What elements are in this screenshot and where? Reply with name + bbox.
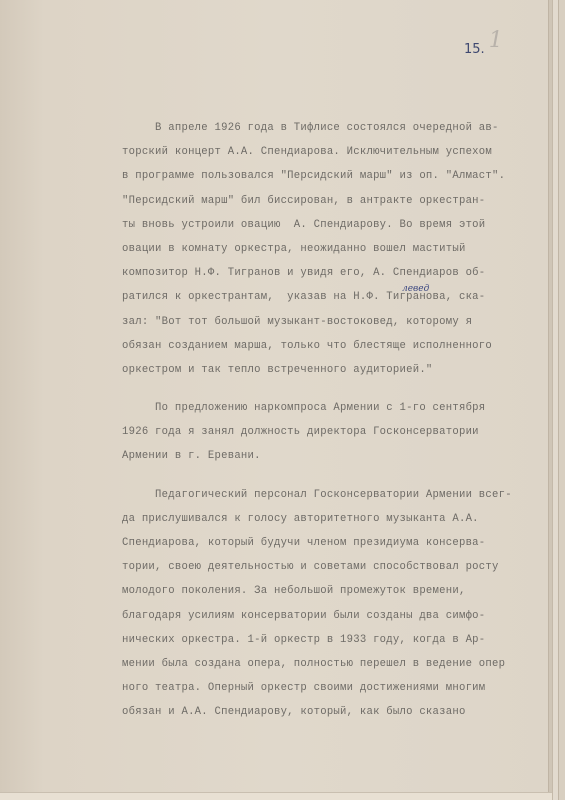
paragraph-gap bbox=[122, 469, 562, 483]
text-line: обязан созданием марша, только что блест… bbox=[122, 334, 562, 358]
text-line: благодаря усилиям консерватории были соз… bbox=[122, 604, 562, 628]
text-line: в программе пользовался "Персидский марш… bbox=[122, 164, 562, 188]
text-line: торский концерт А.А. Спендиарова. Исключ… bbox=[122, 140, 562, 164]
text-line: тории, своею деятельностью и советами сп… bbox=[122, 555, 562, 579]
text-line: В апреле 1926 года в Тифлисе состоялся о… bbox=[122, 116, 562, 140]
typed-text-body: В апреле 1926 года в Тифлисе состоялся о… bbox=[122, 116, 562, 725]
folio-stamp: 15. bbox=[464, 42, 485, 57]
text-line: оркестром и так тепло встреченного аудит… bbox=[122, 358, 562, 382]
text-line: мении была создана опера, полностью пере… bbox=[122, 652, 562, 676]
text-line: композитор Н.Ф. Тигранов и увидя его, А.… bbox=[122, 261, 562, 285]
text-line: обязан и А.А. Спендиарову, который, как … bbox=[122, 700, 562, 724]
folio-pencil-number: 1 bbox=[489, 28, 503, 53]
text-line: По предложению наркомпроса Армении с 1-г… bbox=[122, 396, 562, 420]
text-line: ратился к оркестрантам, указав на Н.Ф. Т… bbox=[122, 285, 562, 309]
text-line: Спендиарова, который будучи членом прези… bbox=[122, 531, 562, 555]
text-line: да прислушивался к голосу авторитетного … bbox=[122, 507, 562, 531]
text-line: нических оркестра. 1-й оркестр в 1933 го… bbox=[122, 628, 562, 652]
text-line: Армении в г. Еревани. bbox=[122, 444, 562, 468]
text-line: молодого поколения. За небольшой промежу… bbox=[122, 579, 562, 603]
paragraph-gap bbox=[122, 382, 562, 396]
text-line: ты вновь устроили овацию А. Спендиарову.… bbox=[122, 213, 562, 237]
folio-number: 15.1 bbox=[464, 34, 503, 59]
page-bottom-edge bbox=[0, 792, 552, 800]
text-line: "Персидский марш" бил биссирован, в антр… bbox=[122, 189, 562, 213]
text-line: 1926 года я занял должность директора Го… bbox=[122, 420, 562, 444]
text-line: зал: "Вот тот большой музыкант-востокове… bbox=[122, 310, 562, 334]
text-line: овации в комнату оркестра, неожиданно во… bbox=[122, 237, 562, 261]
text-line: ного театра. Оперный оркестр своими дост… bbox=[122, 676, 562, 700]
text-line: Педагогический персонал Госконсерватории… bbox=[122, 483, 562, 507]
